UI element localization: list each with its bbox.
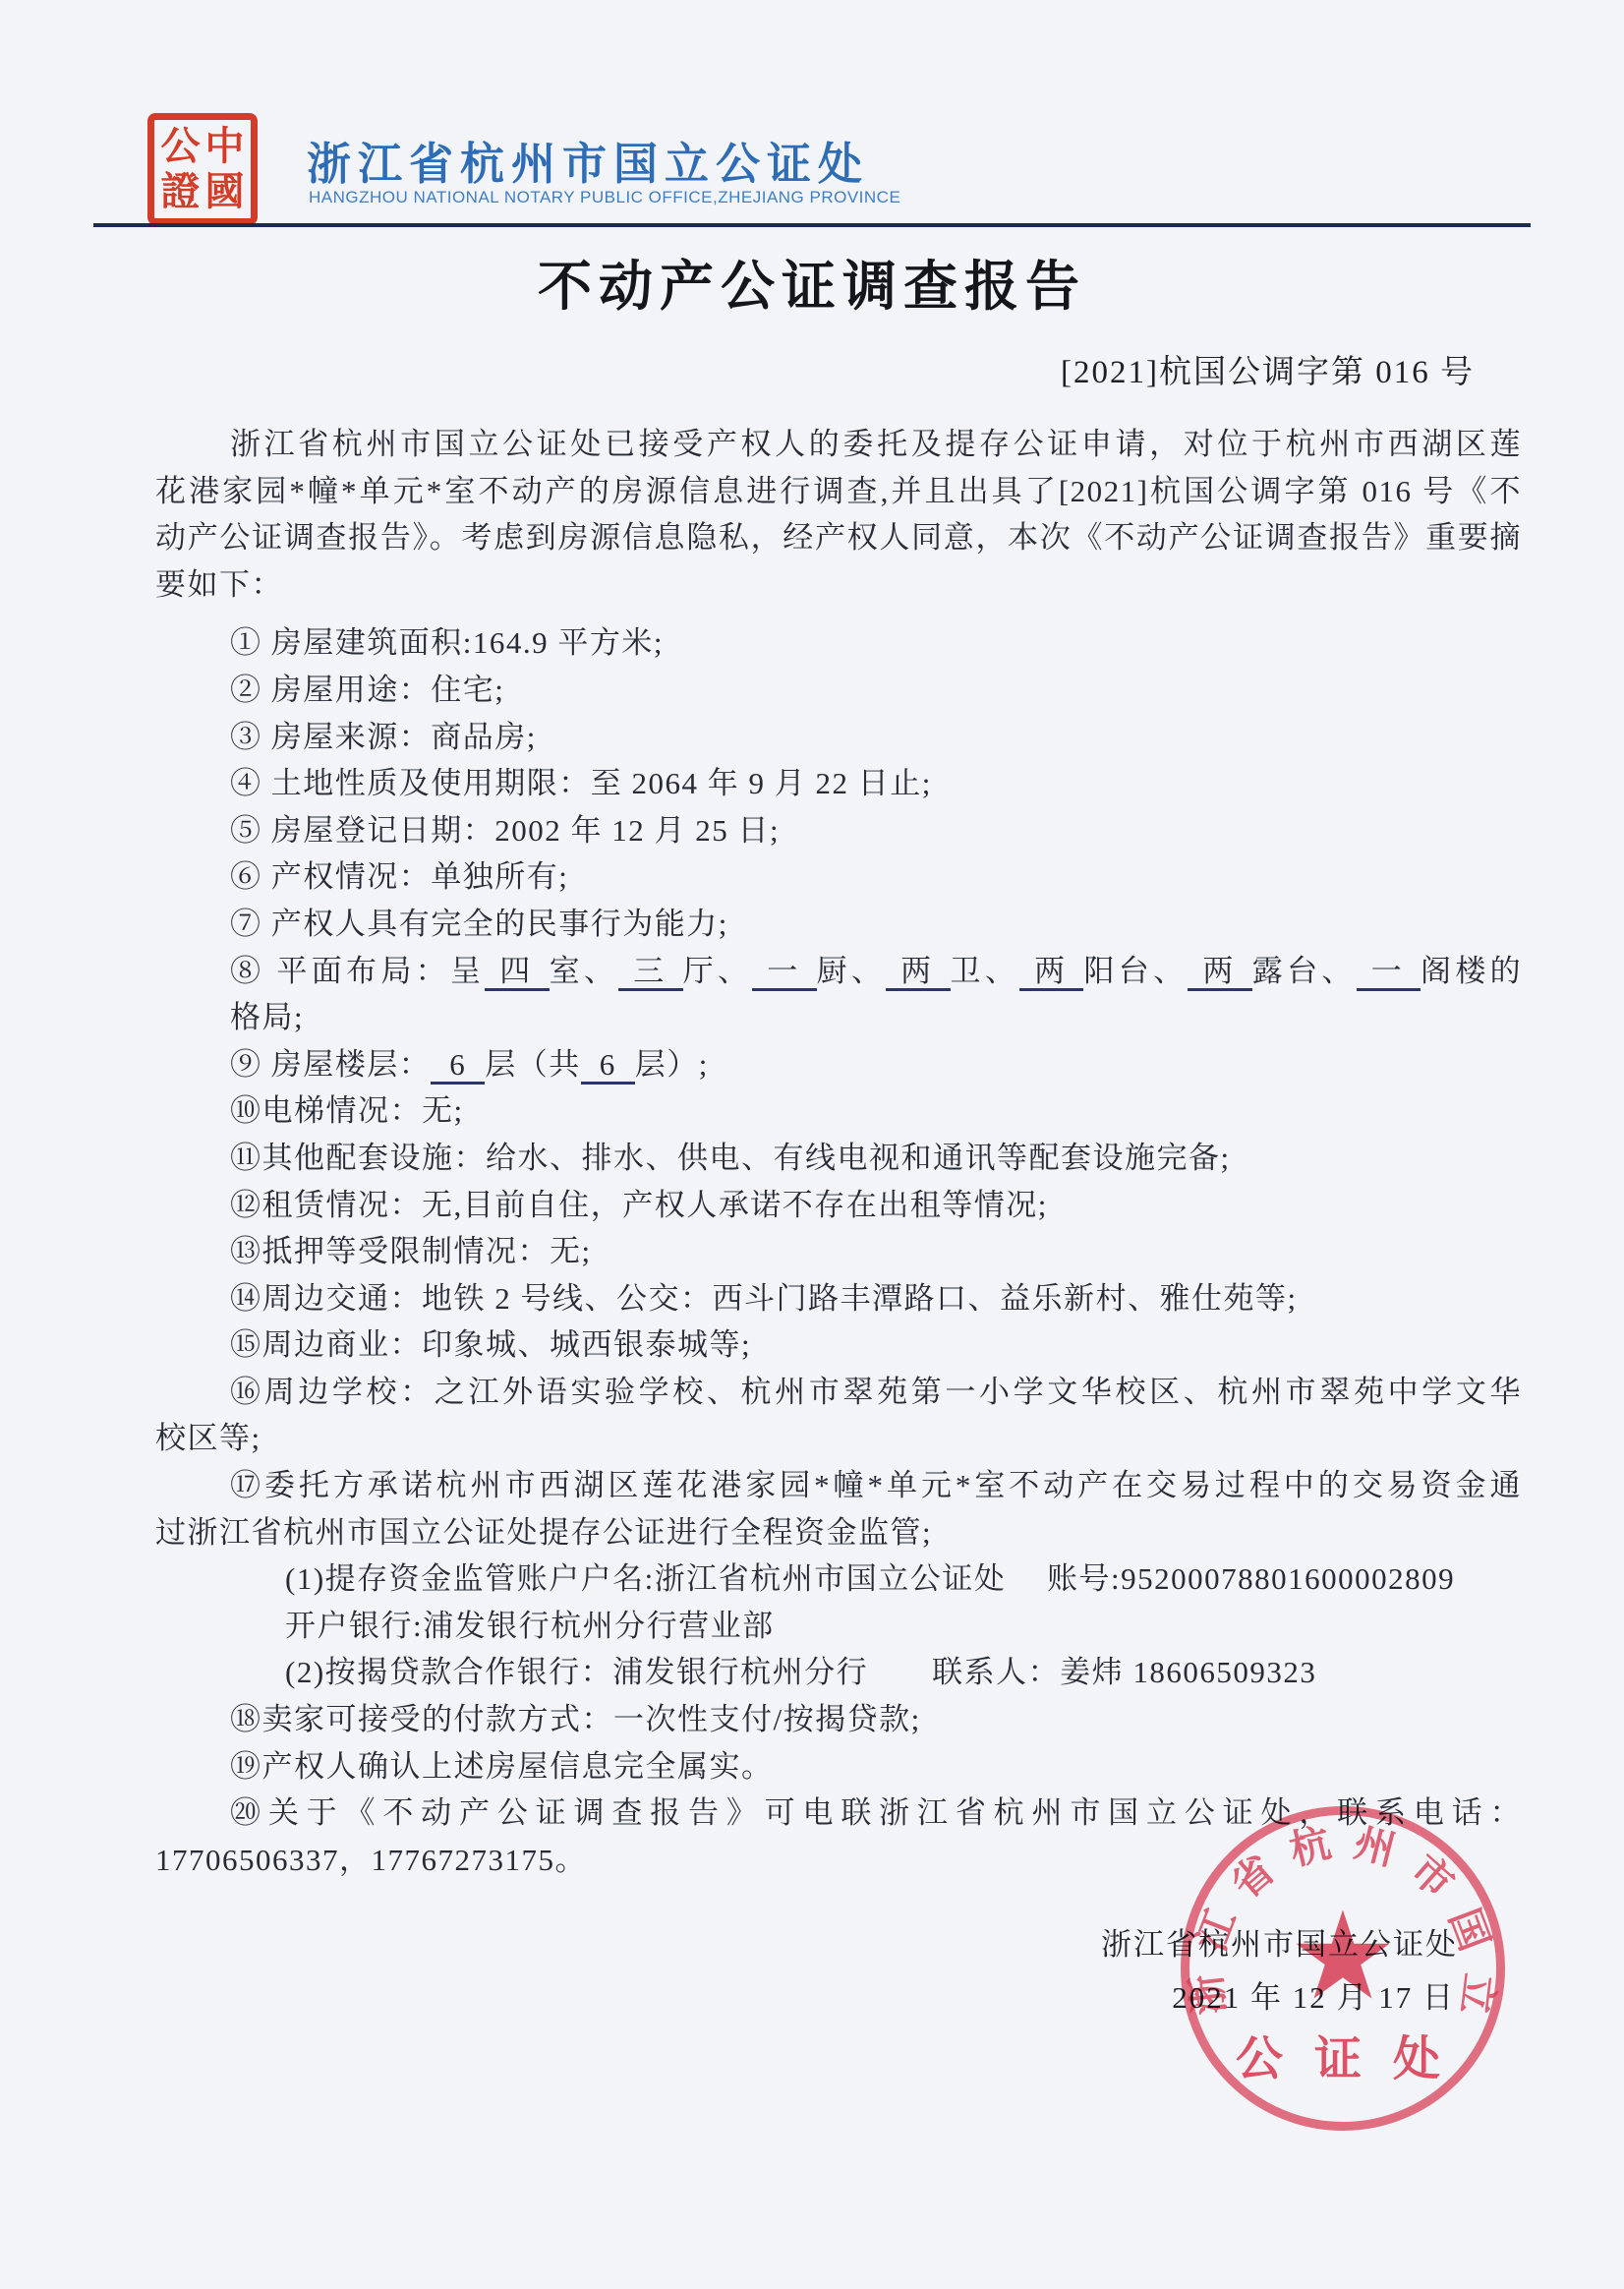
stamp-star-icon: ★	[1189, 1896, 1496, 2018]
report-item-7: ⑦ 产权人具有完全的民事行为能力;	[155, 901, 1522, 948]
logo-char: 證	[158, 169, 203, 214]
notary-report-page: { "header": { "org_cn": "浙江省杭州市国立公证处", "…	[0, 0, 1624, 2289]
report-item-9: ⑨ 房屋楼层：6层（共6层）;	[155, 1041, 1522, 1088]
notary-round-stamp: 浙江省杭州市国立公证处 ★ 公 证 处	[1181, 1806, 1505, 2131]
report-item-16: ⑯周边学校：之江外语实验学校、杭州市翠苑第一小学文华校区、杭州市翠苑中学文华	[155, 1369, 1522, 1416]
item8-blank-value: 四	[485, 954, 549, 991]
item8-text: ⑧ 平面布局：呈	[230, 954, 485, 988]
report-item-17: ⑰委托方承诺杭州市西湖区莲花港家园*幢*单元*室不动产在交易过程中的交易资金通	[155, 1462, 1522, 1509]
report-item-13: ⑬抵押等受限制情况：无;	[155, 1228, 1522, 1275]
mortgage-bank-line: (2)按揭贷款合作银行：浦发银行杭州分行 联系人：姜炜 18606509323	[155, 1649, 1522, 1696]
report-item-10: ⑩电梯情况：无;	[155, 1087, 1522, 1135]
report-body: 浙江省杭州市国立公证处已接受产权人的委托及提存公证申请，对位于杭州市西湖区莲 花…	[155, 421, 1522, 1883]
report-item-8-cont: 格局;	[155, 994, 1522, 1041]
item9-blank-value: 6	[581, 1047, 635, 1085]
stamp-bottom-text: 公 证 处	[1189, 2021, 1496, 2088]
escrow-account-line: (1)提存资金监管账户户名:浙江省杭州市国立公证处 账号:95200078801…	[155, 1555, 1522, 1603]
item8-blank-value: 两	[1019, 954, 1083, 991]
header-divider	[93, 223, 1531, 227]
organization-name-en: HANGZHOU NATIONAL NOTARY PUBLIC OFFICE,Z…	[309, 188, 900, 207]
report-item-8: ⑧ 平面布局：呈四室、三厅、一厨、两卫、两阳台、两露台、一阁楼的	[155, 948, 1522, 995]
report-item-14: ⑭周边交通：地铁 2 号线、公交：西斗门路丰潭路口、益乐新村、雅仕苑等;	[155, 1275, 1522, 1322]
document-number: [2021]杭国公调字第 016 号	[1061, 346, 1475, 392]
item8-blank-value: 三	[618, 954, 682, 991]
report-item-19: ⑲产权人确认上述房屋信息完全属实。	[155, 1743, 1522, 1790]
logo-char: 公	[158, 124, 203, 169]
report-item-4: ④ 土地性质及使用期限：至 2064 年 9 月 22 日止;	[155, 760, 1522, 807]
item8-blank-value: 一	[1357, 954, 1421, 991]
report-item-16-cont: 校区等;	[155, 1415, 1522, 1462]
report-item-5: ⑤ 房屋登记日期：2002 年 12 月 25 日;	[155, 807, 1522, 854]
report-item-15: ⑮周边商业：印象城、城西银泰城等;	[155, 1321, 1522, 1369]
paragraph-line: 要如下：	[155, 561, 1522, 609]
item8-blank-value: 两	[1188, 954, 1251, 991]
item8-blank-value: 两	[886, 954, 950, 991]
report-item-2: ② 房屋用途：住宅;	[155, 667, 1522, 714]
report-item-1: ① 房屋建筑面积:164.9 平方米;	[155, 619, 1522, 667]
report-item-3: ③ 房屋来源：商品房;	[155, 714, 1522, 761]
paragraph-line: 花港家园*幢*单元*室不动产的房源信息进行调查,并且出具了[2021]杭国公调字…	[155, 468, 1522, 515]
item8-blank-value: 一	[752, 954, 816, 991]
report-item-18: ⑱卖家可接受的付款方式：一次性支付/按揭贷款;	[155, 1696, 1522, 1743]
bank-branch-line: 开户银行:浦发银行杭州分行营业部	[155, 1603, 1522, 1650]
paragraph-line: 动产公证调查报告》。考虑到房源信息隐私，经产权人同意，本次《不动产公证调查报告》…	[155, 514, 1522, 561]
organization-name-cn: 浙江省杭州市国立公证处	[307, 128, 869, 192]
page-title: 不动产公证调查报告	[0, 243, 1624, 321]
logo-char: 國	[203, 169, 247, 214]
report-item-12: ⑫租赁情况：无,目前自住，产权人承诺不存在出租等情况;	[155, 1182, 1522, 1229]
logo-char: 中	[203, 124, 247, 169]
report-item-17-cont: 过浙江省杭州市国立公证处提存公证进行全程资金监管;	[155, 1509, 1522, 1556]
report-item-6: ⑥ 产权情况：单独所有;	[155, 853, 1522, 901]
paragraph-line: 浙江省杭州市国立公证处已接受产权人的委托及提存公证申请，对位于杭州市西湖区莲	[155, 421, 1522, 468]
report-item-11: ⑪其他配套设施：给水、排水、供电、有线电视和通讯等配套设施完备;	[155, 1135, 1522, 1182]
notary-seal-logo: 公 中 證 國	[147, 113, 258, 225]
item9-blank-value: 6	[431, 1047, 485, 1085]
